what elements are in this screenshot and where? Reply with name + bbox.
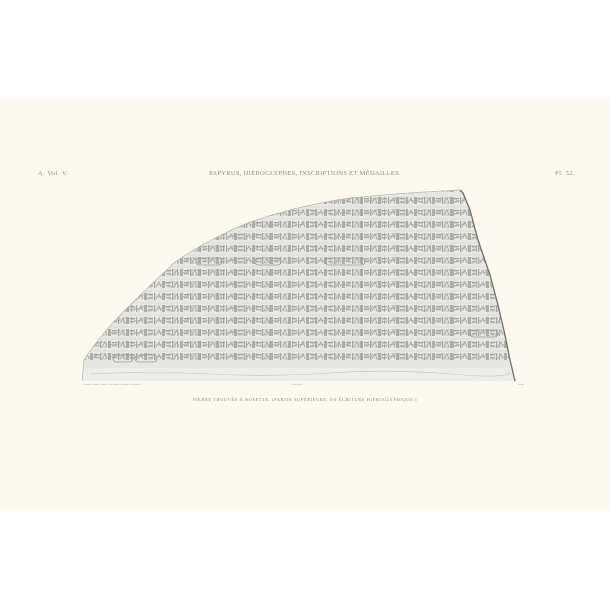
rosetta-stone-engraving bbox=[0, 100, 610, 510]
plate-caption: PIERRE TROUVÉE À ROSETTE, (PARTIE SUPÉRI… bbox=[165, 397, 445, 402]
engraver-credit-right: Sculp. bbox=[518, 383, 524, 386]
engraving-plate: A. Vol. V. PAPYRUS, HIÉROGLYPHES, INSCRI… bbox=[0, 100, 610, 510]
engraver-credit-center: Gravé par ... bbox=[292, 383, 304, 386]
engraver-credit-left: Dessiné et gravé d'après le moulage en s… bbox=[83, 383, 193, 386]
